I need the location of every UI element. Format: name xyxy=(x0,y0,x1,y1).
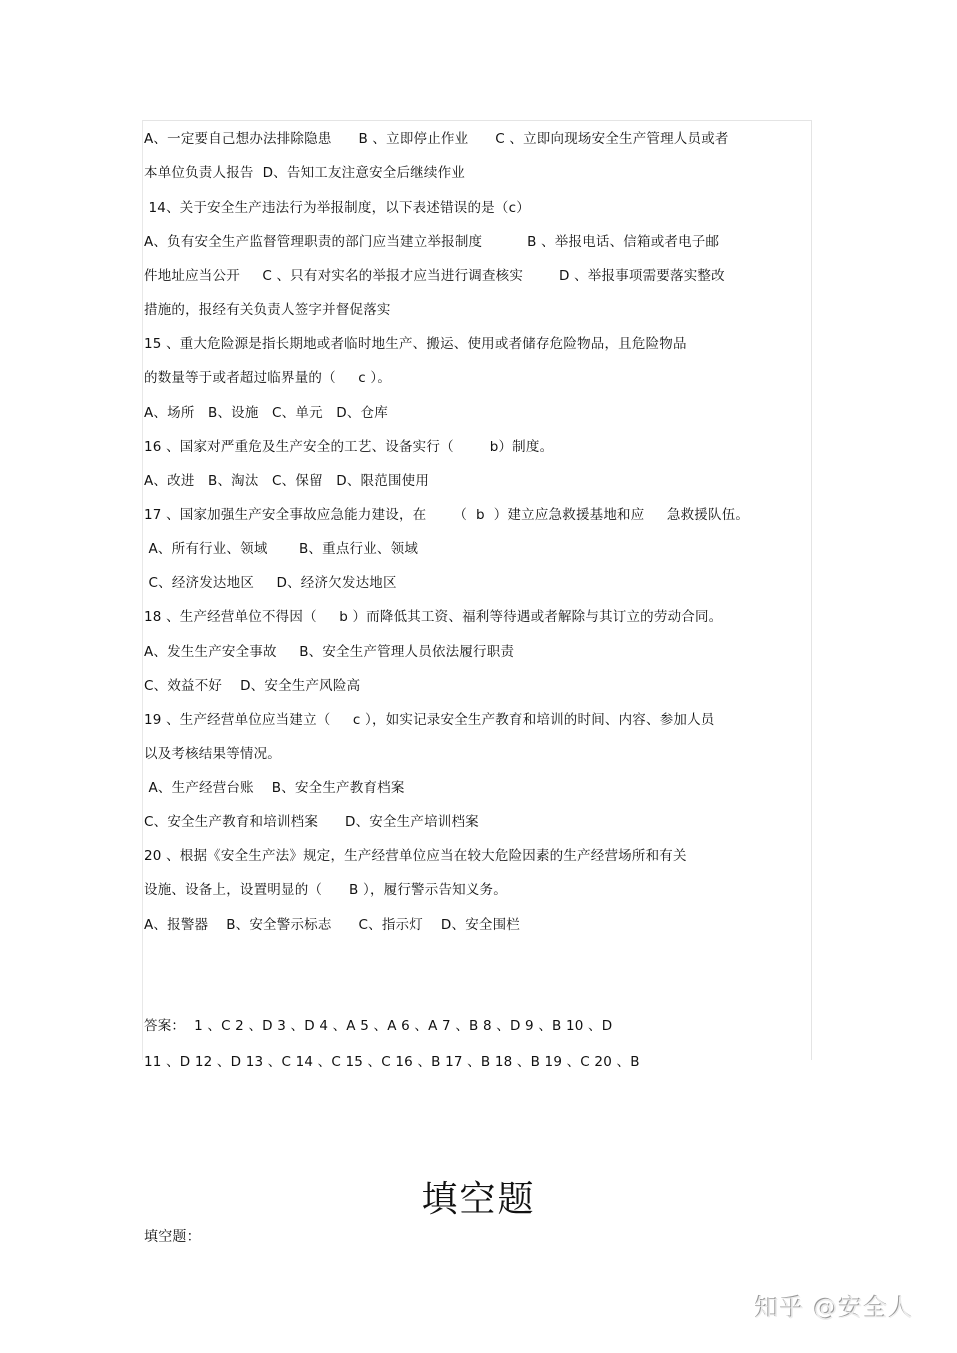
q15-question-line-2: 的数量等于或者超过临界量的（ c ）。 xyxy=(144,369,391,387)
q18-options-line-1: A、发生生产安全事故 B、安全生产管理人员依法履行职责 xyxy=(144,643,514,661)
q14-question: 14、关于安全生产违法行为举报制度，以下表述错误的是（c） xyxy=(144,199,530,217)
q20-options: A、报警器 B、安全警示标志 C、指示灯 D、安全围栏 xyxy=(144,916,520,934)
q19-question-line-2: 以及考核结果等情况。 xyxy=(144,745,281,763)
answer-key-line-1: 答案： 1 、C 2 、D 3 、D 4 、A 5 、A 6 、A 7 、B 8… xyxy=(144,1017,612,1035)
q17-options-line-1: A、所有行业、领域 B、重点行业、领域 xyxy=(144,540,418,558)
q20-question-line-1: 20 、根据《安全生产法》规定，生产经营单位应当在较大危险因素的生产经营场所和有… xyxy=(144,847,687,865)
q18-options-line-2: C、效益不好 D、安全生产风险高 xyxy=(144,677,360,695)
section-label: 填空题： xyxy=(144,1228,201,1246)
q19-options-line-2: C、安全生产教育和培训档案 D、安全生产培训档案 xyxy=(144,813,479,831)
zhihu-watermark: 知乎 @安全人 xyxy=(755,1293,914,1323)
q19-question-line-1: 19 、生产经营单位应当建立（ c ），如实记录安全生产教育和培训的时间、内容、… xyxy=(144,711,715,729)
q13-options-line-1: A、一定要自己想办法排除隐患 B 、立即停止作业 C 、立即向现场安全生产管理人… xyxy=(144,130,729,148)
q13-options-line-2: 本单位负责人报告 D、告知工友注意安全后继续作业 xyxy=(144,164,465,182)
q14-options-line-3: 措施的，报经有关负责人签字并督促落实 xyxy=(144,301,391,319)
q16-question: 16 、国家对严重危及生产安全的工艺、设备实行（ b）制度。 xyxy=(144,438,553,456)
q17-options-line-2: C、经济发达地区 D、经济欠发达地区 xyxy=(144,574,397,592)
answer-key-line-2: 11 、D 12 、D 13 、C 14 、C 15 、C 16 、B 17 、… xyxy=(144,1053,640,1071)
q20-question-line-2: 设施、设备上，设置明显的（ B ），履行警示告知义务。 xyxy=(144,881,507,899)
q14-options-line-1: A、负有安全生产监督管理职责的部门应当建立举报制度 B 、举报电话、信箱或者电子… xyxy=(144,233,719,251)
q16-options: A、改进 B、淘汰 C、保留 D、限范围使用 xyxy=(144,472,429,490)
q18-question: 18 、生产经营单位不得因（ b ）而降低其工资、福利等待遇或者解除与其订立的劳… xyxy=(144,608,722,626)
q15-question-line-1: 15 、重大危险源是指长期地或者临时地生产、搬运、使用或者储存危险物品，且危险物… xyxy=(144,335,687,353)
q19-options-line-1: A、生产经营台账 B、安全生产教育档案 xyxy=(144,779,405,797)
q17-question: 17 、国家加强生产安全事故应急能力建设，在 （ b ）建立应急救援基地和应 急… xyxy=(144,506,749,524)
q15-options: A、场所 B、设施 C、单元 D、仓库 xyxy=(144,404,388,422)
q14-options-line-2: 件地址应当公开 C 、只有对实名的举报才应当进行调查核实 D 、举报事项需要落实… xyxy=(144,267,725,285)
section-title: 填空题 xyxy=(0,1178,957,1222)
